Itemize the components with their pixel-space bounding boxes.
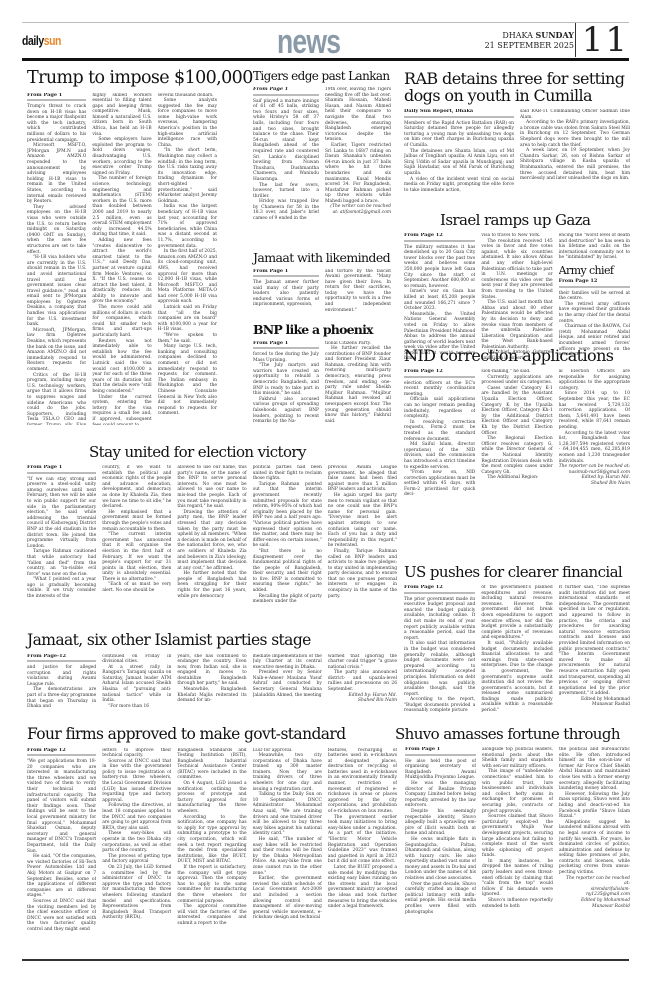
paragraph: It further said, "The supreme audit inst… <box>559 585 630 697</box>
paragraph: "The July martyrs and warriors have crea… <box>253 363 319 397</box>
paragraph: The party also announced district- and u… <box>328 670 397 692</box>
column: 19th over, leaving the Tigers needing fi… <box>325 87 391 222</box>
column: highly skilled workers essential to fill… <box>92 93 151 425</box>
date: 21 SEPTEMBER 2025 <box>485 41 574 51</box>
paragraph: The retired army officers have expressed… <box>559 302 630 324</box>
article-us-pushes: US pushes for clearer financial From Pag… <box>404 565 630 715</box>
paragraph: forced to flee during the July Mass Upri… <box>253 352 319 363</box>
from-page-label: From Page 12 <box>404 585 475 594</box>
column: features, recharging of batteries used i… <box>328 748 397 933</box>
from-page-label: From Page 1 <box>27 465 96 474</box>
paragraph: Lutnick said on Friday that "all the big… <box>158 305 217 333</box>
paragraph: previous Awami League government, he all… <box>328 465 397 493</box>
paragraph: "For more than 16 <box>102 704 171 710</box>
paragraph: He further noted that the people of Bang… <box>177 571 246 599</box>
paragraph: Following the directives, at least 18 co… <box>102 803 171 831</box>
from-page-label: From Page 1 <box>405 747 476 756</box>
paragraph: Tarique Rahman pointed out that the inte… <box>253 482 322 549</box>
paragraph: He again urged his party men to remain v… <box>328 493 397 549</box>
paragraph: "If we can stay strong and preserve a st… <box>27 477 96 550</box>
article-shuvo: Shuvo amasses fortune through From Page … <box>405 727 630 959</box>
paragraph: Earlier, the government revised the sixt… <box>253 876 322 921</box>
paragraph: "What I pointed out a year ago is gradua… <box>27 577 96 599</box>
column: previous Awami League government, he all… <box>328 465 397 605</box>
paragraph: warned that ignoring the charter could t… <box>328 654 397 671</box>
from-page-label: From Page-12 <box>27 654 96 663</box>
article-trump: Trump to impose $100,000 From Page 1Trum… <box>27 70 217 436</box>
bottom-rule <box>22 959 629 961</box>
paragraph: According to the latest voter list, Bang… <box>559 431 630 465</box>
column: the political and bureaucratic elite. He… <box>559 747 630 915</box>
paragraph: They advised employees on the H-1B visas… <box>27 205 86 255</box>
column: From Page 12election officers at the EC'… <box>404 369 475 498</box>
paragraph: India was the largest beneficiary of H-1… <box>158 204 217 249</box>
column: of the government's planned expenditures… <box>481 585 552 714</box>
daily-sun-logo[interactable]: dailysun <box>22 33 61 48</box>
paragraph: He emphasised that a government must be … <box>102 510 171 532</box>
paragraph: letters to improve their technical capac… <box>102 748 171 759</box>
paragraph: Members of the Rapid Action Battalion (R… <box>404 121 514 149</box>
paragraph: encing the "worst level of death and des… <box>559 233 630 261</box>
paragraph: Meanwhile, Bangladesh Khelafat Majlis re… <box>177 687 246 704</box>
paragraph: Later, the BUET proposed a safe model by… <box>328 865 397 910</box>
column: warned that ignoring the charter could t… <box>328 654 397 710</box>
paragraph: Since 2014 up to 10 September this year,… <box>559 391 630 430</box>
column: and torture by the fascist Awami governm… <box>325 269 391 314</box>
paragraph: At a street rally in Rangpur's Taraganj … <box>102 665 171 704</box>
from-page-label: From Page 12 <box>559 279 630 288</box>
column: al Election Officers are responsible for… <box>559 369 630 498</box>
column: From Page 1Saif played a mature innings … <box>253 87 319 222</box>
byline-line: sirendarifulislam-ny1235@gmail.com <box>559 887 630 898</box>
paragraph: He said, "The number of easy bikes will … <box>253 837 322 876</box>
paragraph: The government earlier took many initiat… <box>328 815 397 865</box>
column: From Page 12The military estimates it ha… <box>404 233 475 362</box>
column: Daily Sun Report, DhakaMembers of the Ra… <box>404 109 514 193</box>
paragraph: Cases under Category K-1 are handled by … <box>481 386 552 436</box>
paragraph: their families will be served at the cen… <box>559 291 630 302</box>
paragraph: The number of foreign science, technolog… <box>92 176 151 238</box>
paragraph: Some analysts suggested the fee may forc… <box>158 98 217 148</box>
paragraph: "We've spoken to them," he said. <box>158 333 217 344</box>
column: From Page-12and justice for alleged corr… <box>27 654 96 710</box>
column: allowed to use our name, this party's na… <box>177 465 246 605</box>
headline[interactable]: Jamaat, six other Islamist parties stage <box>27 633 397 649</box>
section-title: news <box>277 25 340 59</box>
paragraph: The Jamaat ameer further said many of th… <box>253 280 319 308</box>
paragraph: Currently, applications are processed un… <box>481 375 552 386</box>
paragraph: Finally, Tarique Rahman called on BNP le… <box>328 549 397 599</box>
paragraph: He was the managing director of Realize … <box>405 781 476 809</box>
paragraph: Officials said applications can no longe… <box>404 397 475 419</box>
paragraph: Microsoft MSFT.O, JPMorgan JPM.N and Ama… <box>27 143 86 205</box>
paragraph: A week later, on 19 September, when Joy … <box>520 148 630 182</box>
paragraph: This image of "unbelievable connections"… <box>482 769 553 814</box>
paragraph: highly skilled workers essential to fill… <box>92 93 151 138</box>
article-rab: RAB detains three for settingdogs on you… <box>404 70 630 215</box>
column: mediate implementation of the July Chart… <box>253 654 322 710</box>
army-chief-headline[interactable]: Army chief <box>559 265 630 276</box>
paragraph: Drawing the attention of party men, the … <box>177 510 246 572</box>
paragraph: In the first half of 2025, Amazon.com AM… <box>158 249 217 305</box>
paragraph: "We got applications from 18-20 companie… <box>27 759 96 854</box>
paragraph: Trump's threat to crack down on H-1B vis… <box>27 104 86 143</box>
byline-line: The reporter can be reached at: <box>559 876 630 887</box>
paragraph: Sources claimed that Shuvo particularly … <box>482 814 553 859</box>
paragraph: election officers at the EC's recent mon… <box>404 381 475 398</box>
paragraph: The process of getting type and factory … <box>102 854 171 865</box>
paragraph: Bangladesh Standards and Testing Institu… <box>177 748 246 782</box>
paragraph: Despite his seemingly respectable identi… <box>405 809 476 837</box>
paragraph: "In the short term, Washington may colle… <box>158 148 217 204</box>
paragraph: Tarique Rahman cautioned that while auto… <box>27 549 96 577</box>
column: alongside top political leaders, emotion… <box>482 747 553 915</box>
paragraph: On 4 August, LGD issued a notification o… <box>177 781 246 815</box>
paragraph: Recalling the plight of party members un… <box>253 594 322 605</box>
paragraph: The resolution received 145 votes in fav… <box>481 239 552 301</box>
column: continued on Friday in divisional cities… <box>102 654 171 710</box>
byline: Edited by MohammadMunawar Rashid <box>559 697 630 708</box>
paragraph: According to the notification, one compa… <box>177 815 246 865</box>
paragraph: said RAB-11 Commanding Officer Sadman Ib… <box>520 109 630 120</box>
paragraph: and justice for alleged corruption and r… <box>27 665 96 687</box>
paragraph: In many instances, he dropped the names … <box>482 859 553 898</box>
paragraph: Md Saiful Islam, director (operations) o… <box>404 442 475 470</box>
headline[interactable]: RAB detains three for settingdogs on you… <box>404 70 630 104</box>
byline-line: Shahed Bin Naim <box>559 481 630 487</box>
byline: The reporter can be reached at: nasimub-… <box>559 464 630 486</box>
article-bnp-phoenix: BNP like a phoenix From Page 1forced to … <box>253 324 391 436</box>
paragraph: Hridoy was trapped lbw by Chameera for 5… <box>253 199 319 221</box>
paragraph: of the government's planned expenditures… <box>481 585 552 641</box>
paragraph: The demonstrations are part of a three-d… <box>27 687 96 709</box>
city: DHAKA <box>502 31 533 40</box>
column: tional Citizens Party.He further recalle… <box>325 341 391 425</box>
paragraph: "From now on, NID correction application… <box>404 470 475 498</box>
from-page-label: From Page 12 <box>27 748 96 757</box>
byline-line: Munawar Rashid <box>559 904 630 910</box>
column: political parties had been united in the… <box>253 465 322 605</box>
from-page-label: From Page 12 <box>404 369 475 378</box>
article-tigers: Tigers edge past Lankan From Page 1Saif … <box>253 70 391 250</box>
headline[interactable]: Four firms approved to make govt-standar… <box>27 727 397 743</box>
paragraph: and torture by the fascist Awami governm… <box>325 269 391 314</box>
column: country, if we want to establish the pol… <box>102 465 171 605</box>
masthead: dailysun news DHAKA SUNDAY 21 SEPTEMBER … <box>22 25 629 57</box>
paragraph: 19th over, leaving the Tigers needing fi… <box>325 87 391 143</box>
article-jamaat-likeminded: Jamaat with likeminded From Page 1The Ja… <box>253 252 391 312</box>
paragraph: The military estimates it has demolished… <box>404 245 475 290</box>
paragraph: On 23 July, the LGD formed a committee l… <box>102 865 171 921</box>
headline[interactable]: Jamaat with likeminded <box>253 252 391 265</box>
paragraph: If the report is satisfactory, the compa… <box>177 865 246 904</box>
paragraph: continued on Friday in divisional cities… <box>102 654 171 665</box>
paragraph: It also said that information in the bud… <box>404 641 475 697</box>
column: From Page 12"We got applications from 18… <box>27 748 96 933</box>
column: It further said, "The supreme audit inst… <box>559 585 630 714</box>
paragraph: The prior government made its executive … <box>404 597 475 642</box>
page-number: 11 <box>575 23 629 57</box>
paragraph: "H-1B visa holders who are currently in … <box>27 255 86 328</box>
paragraph: allowed to use our name, this party's na… <box>177 465 246 510</box>
paragraph: The U.S. said last month that Abbas and … <box>481 300 552 350</box>
paragraph: Israel's war on Gaza has killed at least… <box>404 289 475 311</box>
paragraph: Meanwhile, two city corporations of Dhak… <box>253 753 322 792</box>
paragraph: The move could add millions of dollars i… <box>92 305 151 339</box>
paragraph: Many large U.S. tech, banking and consul… <box>158 344 217 417</box>
paragraph: alongside top political leaders, emotion… <box>482 747 553 769</box>
paragraph: Saif played a mature innings of 61 off 4… <box>253 99 319 183</box>
paragraph: The detainees are Shanta Islam, son of M… <box>404 149 514 177</box>
paragraph: Earlier, Tigers restricted Sri Lanka to … <box>325 143 391 205</box>
paragraph: "Each of us must be very alert. No one s… <box>102 582 171 593</box>
paragraph: Reuters was not immediately able to esta… <box>92 339 151 395</box>
paragraph: In resolving correction requests, Form-2… <box>404 420 475 442</box>
column: letters to improve their technical capac… <box>102 748 171 933</box>
paragraph: the political and bureaucratic elite. He… <box>559 747 630 792</box>
paragraph: The last few overs, however, turned into… <box>253 183 319 200</box>
weekday: SUNDAY <box>535 30 574 40</box>
article-four-firms: Four firms approved to make govt-standar… <box>27 727 397 959</box>
from-page-label: From Page 1 <box>253 87 319 96</box>
paragraph: The approval committee will visit the fa… <box>177 904 246 926</box>
paragraph: features, recharging of batteries used i… <box>328 748 397 815</box>
paragraph: These easy-bikes will operate in the two… <box>102 831 171 853</box>
paragraph: The Additional Region- <box>481 475 552 481</box>
paragraph: mediate implementation of the July Chart… <box>253 654 322 671</box>
column: said RAB-11 Commanding Officer Sadman Ib… <box>520 109 630 193</box>
article-jamaat-six: Jamaat, six other Islamist parties stage… <box>27 633 397 713</box>
byline-line: The reporter can be reached at: nasimub-… <box>559 464 630 475</box>
byline-label: Daily Sun Report, Dhaka <box>404 109 514 118</box>
byline-line: Shahed Bin Naim <box>328 698 397 704</box>
paragraph: Critics of the H-1B program, including m… <box>27 373 86 425</box>
headline[interactable]: Tigers edge past Lankan <box>253 70 391 82</box>
paragraph: Sources at DNCC said that in line with t… <box>102 759 171 804</box>
column: From Page 1"If we can stay strong and pr… <box>27 465 96 605</box>
column: several thousand dollars.Some analysts s… <box>158 93 217 425</box>
byline: (The writer can be reached at: atifasmot… <box>325 204 391 215</box>
headline[interactable]: Shuvo amasses fortune through <box>395 727 630 742</box>
byline: The reporter can be reached at:sirendari… <box>559 876 630 910</box>
column: From Page 1Trump's threat to crack down … <box>27 93 86 425</box>
paragraph: Shuvo's influence reportedly extended to… <box>482 898 553 909</box>
headline[interactable]: NID correction applications <box>404 348 630 364</box>
paragraph: Over the past decade, Shuvo carefully cr… <box>405 882 476 916</box>
paragraph: He said, "Of the companies, we visited f… <box>27 854 96 899</box>
paragraph: A video of the incident went viral on so… <box>404 177 514 194</box>
masthead-rule <box>22 58 629 61</box>
paragraph: Fakhrul also accused various groups of s… <box>253 397 319 425</box>
paragraph: He further recalled the contributions of… <box>325 346 391 424</box>
byline: Edited by: Harun Md.Shahed Bin Naim <box>328 693 397 704</box>
article-nid: NID correction applications From Page 12… <box>404 348 630 460</box>
column: encing the "worst level of death and des… <box>559 233 630 362</box>
paragraph: al Election Officers are responsible for… <box>559 369 630 391</box>
paragraph: country, if we want to establish the pol… <box>102 465 171 510</box>
column: From Page 12The prior government made it… <box>404 585 475 714</box>
article-israel: Israel ramps up Gaza From Page 12The mil… <box>404 213 630 328</box>
paragraph: "The current interim government has anno… <box>102 532 171 582</box>
column: From Page 1forced to flee during the Jul… <box>253 341 319 425</box>
paragraph: According to the RAB's primary investiga… <box>520 120 630 148</box>
paragraph: political parties had been united in the… <box>253 465 322 482</box>
paragraph: Microsoft, JPMorgan, law firm Ogletree D… <box>27 328 86 373</box>
column: years, she has continued to endanger the… <box>177 654 246 710</box>
paragraph: It said, "Publicly available budget docu… <box>481 641 552 714</box>
headline[interactable]: BNP like a phoenix <box>253 324 391 337</box>
paragraph: Talking to the Daily Sun on 10 September… <box>253 792 322 837</box>
column: visa to travel to New York.The resolutio… <box>481 233 552 362</box>
paragraph: He also held the post of organising secr… <box>405 759 476 781</box>
column: sion-making," he said.Currently, applica… <box>481 369 552 498</box>
paragraph: years, she has continued to endanger the… <box>177 654 246 688</box>
date-block: DHAKA SUNDAY 21 SEPTEMBER 2025 <box>485 30 574 51</box>
headline[interactable]: Stay united for election victory <box>27 445 397 460</box>
column: Bangladesh Standards and Testing Institu… <box>177 748 246 933</box>
headline[interactable]: US pushes for clearer financial <box>404 565 630 580</box>
paragraph: Sources at DNCC said that the visiting m… <box>27 899 96 933</box>
paragraph: Under the current system, entering the l… <box>92 395 151 425</box>
paragraph: According to the report, "Budget documen… <box>404 697 475 714</box>
headline[interactable]: Israel ramps up Gaza <box>404 213 630 228</box>
column: From Page 1The Jamaat ameer further said… <box>253 269 319 314</box>
from-page-label: From Page 1 <box>27 93 86 102</box>
paragraph: "But there is no disagreement over the f… <box>253 549 322 594</box>
paragraph: Allegations suggest he laundered million… <box>559 820 630 876</box>
article-stay-united: Stay united for election victory From Pa… <box>27 445 397 595</box>
column: LGD for approval.Meanwhile, two city cor… <box>253 748 322 933</box>
paragraph: Some employers have exploited the progra… <box>92 137 151 176</box>
column: From Page 1He also held the post of orga… <box>405 747 476 915</box>
headline[interactable]: Trump to impose $100,000 <box>27 70 217 88</box>
paragraph: He owns multiple flats in Segunbagicha, … <box>405 837 476 882</box>
paragraph: However, following the July mass uprisin… <box>559 792 630 820</box>
paragraph: The Regional Election Officer resolves c… <box>481 436 552 475</box>
paragraph: Adding new fees "creates disincentive to… <box>92 238 151 305</box>
from-page-label: From Page 1 <box>253 269 319 278</box>
from-page-label: From Page 12 <box>404 233 475 242</box>
from-page-label: From Page 1 <box>253 341 319 350</box>
paragraph: Presided over by Senior Naib-e-Ameer Mau… <box>253 670 322 698</box>
byline-line: Munawar Rashid <box>559 702 630 708</box>
